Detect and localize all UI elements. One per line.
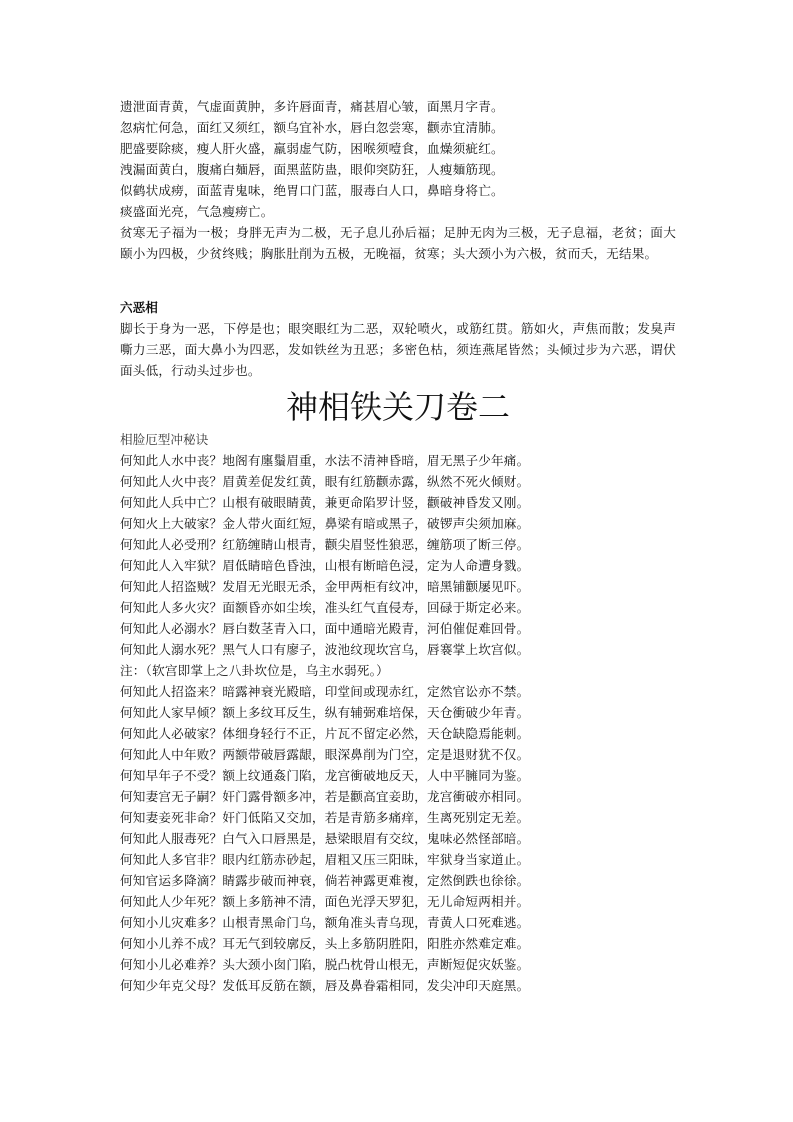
chapter-subtitle: 相脸厄型冲秘诀: [120, 429, 676, 450]
verse-line: 何知此人多火灾？面额昏亦如尘埃，准头红气直侵寿，回碌于斯定必来。: [120, 597, 676, 618]
verse-line: 何知此人必溺水？唇白数茎青入口，面中通暗光殿青，河伯催促难回骨。: [120, 618, 676, 639]
verse-line: 何知此人中年败？两额带破唇露龈，眼深鼻削为门空，定是退财犹不仅。: [120, 744, 676, 765]
verse-line: 肥盛要除痰，瘦人肝火盛，羸弱虚气防，困喉须噎食，血燥须疵红。: [120, 138, 676, 159]
verse-line: 何知小儿养不成？耳无气到较廓反，头上多筋阴胜阳，阳胜亦然难定难。: [120, 933, 676, 954]
verse-line: 何知此人招盗贼？发眉无光眼无杀，金甲两柜有纹冲，暗黑铺颧屡见吓。: [120, 576, 676, 597]
six-extremes-paragraph: 贫寒无子福为一极；身胖无声为二极，无子息儿孙后福；足肿无肉为三极，无子息福，老贫…: [120, 222, 676, 264]
verse-line: 何知官运多降滴？睛露步破而神衰，倘若神露更难複，定然倒跌也徐徐。: [120, 870, 676, 891]
chapter-two: 神相铁关刀卷二 相脸厄型冲秘诀 何知此人水中丧？地阁有廛鬚眉重，水法不清神昏暗，…: [120, 385, 676, 996]
verse-line: 何知此人必破家？体细身轻行不正，片瓦不留定必然，天仓缺隐焉能刺。: [120, 723, 676, 744]
verse-line: 何知此人招盗来？暗露神衰光殿暗，印堂间或现赤红，定然官讼亦不禁。: [120, 681, 676, 702]
section-face-color-verses: 遗泄面青黄，气虚面黄肿，多许唇面青，痛甚眉心皱，面黑月字青。 忽病忙何急，面红又…: [120, 96, 676, 264]
verse-line: 何知妻妾死非命？奸门低陷又交加，若是青筋多痛痒，生离死别定无差。: [120, 807, 676, 828]
verse-line: 忽病忙何急，面红又须红，额乌宜补水，唇白忽尝寒，颧赤宜清肺。: [120, 117, 676, 138]
verse-line: 何知此人必受刑？红筋缠睛山根青，颧尖眉竖性狼恶，缠筋项了断三停。: [120, 534, 676, 555]
verse-line: 痰盛面光亮，气急瘦痨亡。: [120, 201, 676, 222]
chapter-title: 神相铁关刀卷二: [120, 385, 676, 429]
section-heading: 六恶相: [120, 297, 676, 318]
verse-line: 遗泄面青黄，气虚面黄肿，多许唇面青，痛甚眉心皱，面黑月字青。: [120, 96, 676, 117]
verse-line: 何知此人溺水死？黑气人口有廖子，波池纹现坎宫乌，唇褰掌上坎宫似。: [120, 639, 676, 660]
verse-line: 何知此人兵中亡？山根有破眼睛黄，兼更命陷罗计竖，颧破神昏发又刚。: [120, 492, 676, 513]
six-evils-paragraph: 脚长于身为一恶，下停是也；眼突眼红为二恶，双轮喷火，或筋红贯。筋如火，声焦而散；…: [120, 318, 676, 381]
verse-line: 何知小儿灾难多？山根青黑命门乌，额角准头青乌现，青黄人口死难逃。: [120, 912, 676, 933]
verse-line: 何知妻宫无子嗣？奸门露骨额多冲，若是颧高宜妾助，龙宫衝破亦相同。: [120, 786, 676, 807]
section-six-evils: 六恶相 脚长于身为一恶，下停是也；眼突眼红为二恶，双轮喷火，或筋红贯。筋如火，声…: [120, 297, 676, 381]
verse-line: 洩漏面黄白，腹痛白麺唇，面黑蓝防蛊，眼仰突防狂，人瘦麺筋现。: [120, 159, 676, 180]
verse-line: 何知此人多官非？眼内红筋赤砂起，眉粗又压三阳昧，牢狱身当家道止。: [120, 849, 676, 870]
verse-line: 何知此人服毒死？白气入口唇黑是，悬梁眼眉有交纹，鬼味必然怪部暗。: [120, 828, 676, 849]
verse-line: 何知早年子不受？额上纹通姦门陷，龙宫衝破地反天，人中平臃同为鉴。: [120, 765, 676, 786]
annotation-note: 注：（软宫即掌上之八卦坎位是，乌主水弱死。）: [120, 660, 676, 681]
verse-line: 何知此人入牢狱？眉低睛暗色昏浊，山根有断暗色浸，定为人命遭身戮。: [120, 555, 676, 576]
verse-line: 似鹤状成痨，面蓝青鬼味，绝胃口门蓝，服毒白人口，鼻暗身将亡。: [120, 180, 676, 201]
verse-line: 何知火上大破家？金人带火面红短，鼻梁有暗或黑子，破锣声尖须加麻。: [120, 513, 676, 534]
verse-line: 何知此人水中丧？地阁有廛鬚眉重，水法不清神昏暗，眉无黑子少年痛。: [120, 450, 676, 471]
verse-line: 何知此人火中丧？眉黄差促发红黄，眼有红筋颧赤露，纵然不死火倾财。: [120, 471, 676, 492]
document-page: 遗泄面青黄，气虚面黄肿，多许唇面青，痛甚眉心皱，面黑月字青。 忽病忙何急，面红又…: [120, 96, 676, 996]
verse-line: 何知小儿必难养？头大颈小囱门陷，脱凸枕骨山根无，声断短促灾妖鉴。: [120, 954, 676, 975]
verse-line: 何知少年克父母？发低耳反筋在额，唇及鼻眷霜相同，发尖冲印天庭黑。: [120, 975, 676, 996]
verse-line: 何知此人少年死？额上多筋神不清，面色光浮天罗犯，无儿命短两相并。: [120, 891, 676, 912]
verse-line: 何知此人家早倾？额上多纹耳反生，纵有辅弼难培保，天仓衝破少年青。: [120, 702, 676, 723]
